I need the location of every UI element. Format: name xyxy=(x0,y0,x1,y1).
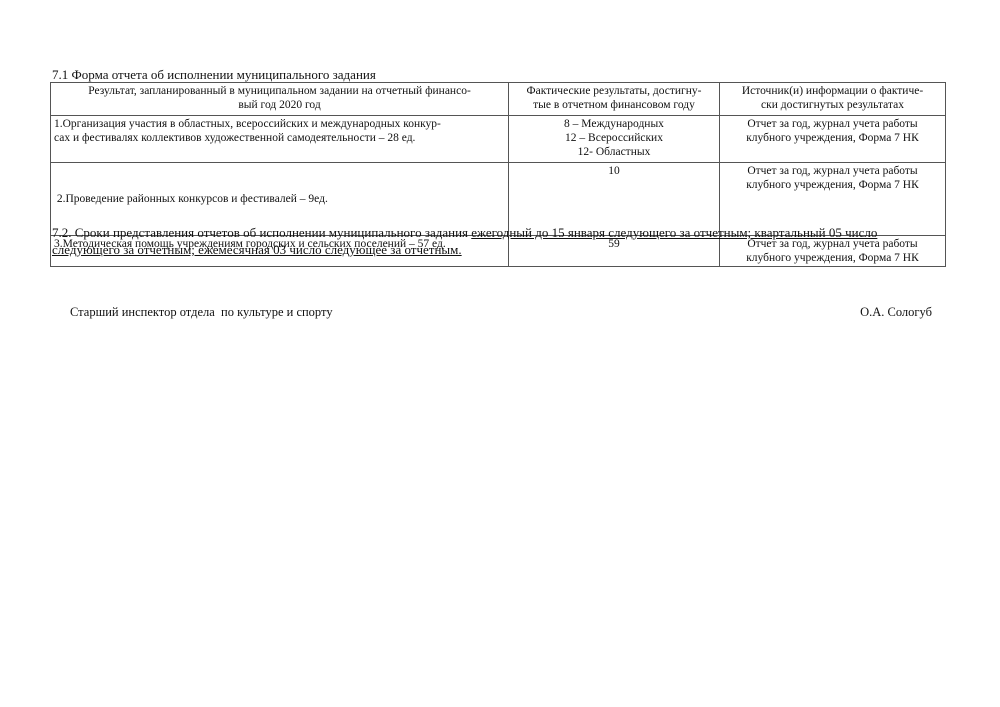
signatory-position: Старший инспектор отдела по культуре и с… xyxy=(70,305,333,320)
signature-block: Старший инспектор отдела по культуре и с… xyxy=(70,305,932,320)
reporting-deadlines: 7.2. Сроки представления отчетов об испо… xyxy=(52,224,942,258)
signatory-name: О.А. Сологуб xyxy=(860,305,932,320)
cell-planned: 1.Организация участия в областных, всеро… xyxy=(51,116,509,163)
cell-source: Отчет за год, журнал учета работы клубно… xyxy=(720,116,946,163)
header-planned: Результат, запланированный в муниципальн… xyxy=(51,83,509,116)
table-row: 1.Организация участия в областных, всеро… xyxy=(51,116,946,163)
deadlines-prefix: 7.2. Сроки представления отчетов об испо… xyxy=(52,225,471,240)
cell-actual: 8 – Международных 12 – Всероссийских 12-… xyxy=(509,116,720,163)
section-title: 7.1 Форма отчета об исполнении муниципал… xyxy=(52,67,376,82)
header-source: Источник(и) информации о фактиче- ски до… xyxy=(720,83,946,116)
header-actual: Фактические результаты, достигну- тые в … xyxy=(509,83,720,116)
table-header-row: Результат, запланированный в муниципальн… xyxy=(51,83,946,116)
